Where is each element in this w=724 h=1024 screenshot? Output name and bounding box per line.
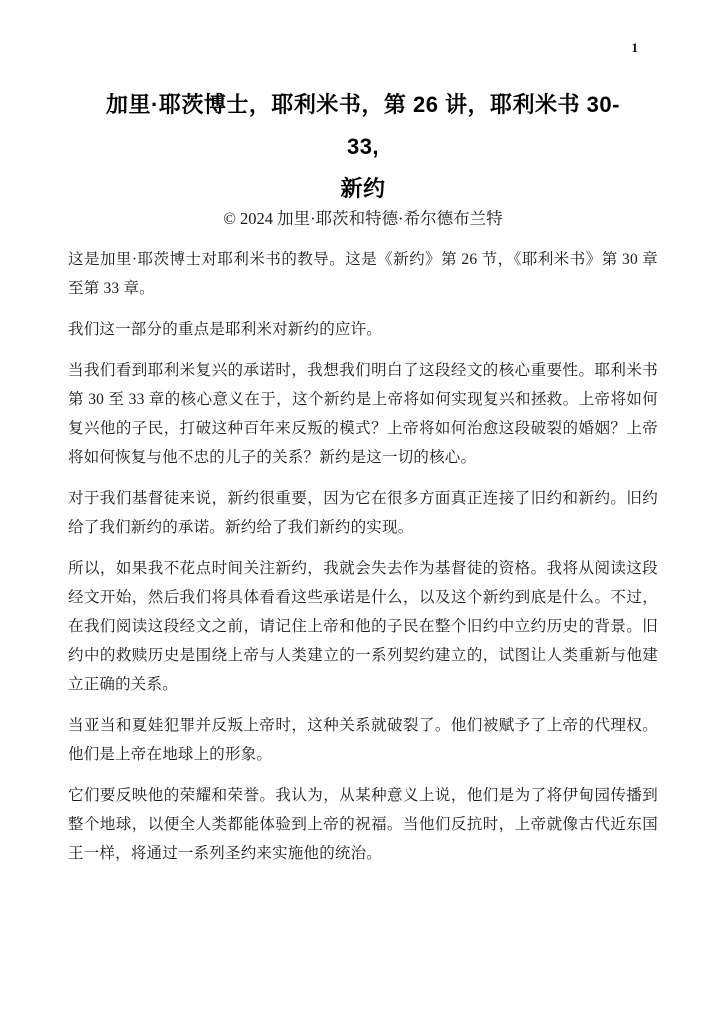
title-line-3: 新约 xyxy=(68,168,658,210)
paragraph-4: 对于我们基督徒来说，新约很重要，因为它在很多方面真正连接了旧约和新约。旧约给了我… xyxy=(68,484,658,542)
document-body: 这是加里·耶茨博士对耶利米书的教导。这是《新约》第 26 节，《耶利米书》第 3… xyxy=(68,245,658,868)
page-number: 1 xyxy=(632,40,639,56)
paragraph-5: 所以，如果我不花点时间关注新约，我就会失去作为基督徒的资格。我将从阅读这段经文开… xyxy=(68,554,658,699)
paragraph-6: 当亚当和夏娃犯罪并反叛上帝时，这种关系就破裂了。他们被赋予了上帝的代理权。他们是… xyxy=(68,711,658,769)
document-title: 加里·耶茨博士，耶利米书，第 26 讲，耶利米书 30- 33, 新约 xyxy=(68,84,658,210)
paragraph-1: 这是加里·耶茨博士对耶利米书的教导。这是《新约》第 26 节，《耶利米书》第 3… xyxy=(68,245,658,303)
title-line-1: 加里·耶茨博士，耶利米书，第 26 讲，耶利米书 30- xyxy=(68,84,658,126)
copyright-line: © 2024 加里·耶茨和特德·希尔德布兰特 xyxy=(68,206,658,232)
paragraph-3: 当我们看到耶利米复兴的承诺时，我想我们明白了这段经文的核心重要性。耶利米书第 3… xyxy=(68,356,658,472)
title-line-2: 33, xyxy=(68,126,658,168)
paragraph-2: 我们这一部分的重点是耶利米对新约的应许。 xyxy=(68,315,658,344)
paragraph-7: 它们要反映他的荣耀和荣誉。我认为，从某种意义上说，他们是为了将伊甸园传播到整个地… xyxy=(68,781,658,868)
document-page: 1 加里·耶茨博士，耶利米书，第 26 讲，耶利米书 30- 33, 新约 © … xyxy=(0,0,724,1024)
